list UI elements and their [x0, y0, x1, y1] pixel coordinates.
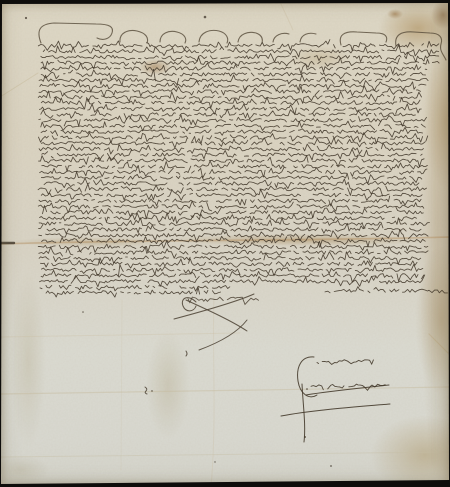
ink-dot — [151, 390, 152, 391]
ink-speck — [82, 311, 84, 313]
ink-speck — [214, 461, 215, 462]
ink-dot — [306, 388, 308, 390]
ink-speck — [330, 465, 332, 467]
parchment-sheet — [0, 0, 450, 487]
parchment-grain-texture — [2, 3, 449, 484]
ink-speck — [204, 16, 207, 19]
ink-speck — [25, 17, 27, 19]
manuscript-ink — [0, 0, 450, 487]
scan-background — [0, 0, 450, 487]
ink-dot — [304, 436, 306, 438]
